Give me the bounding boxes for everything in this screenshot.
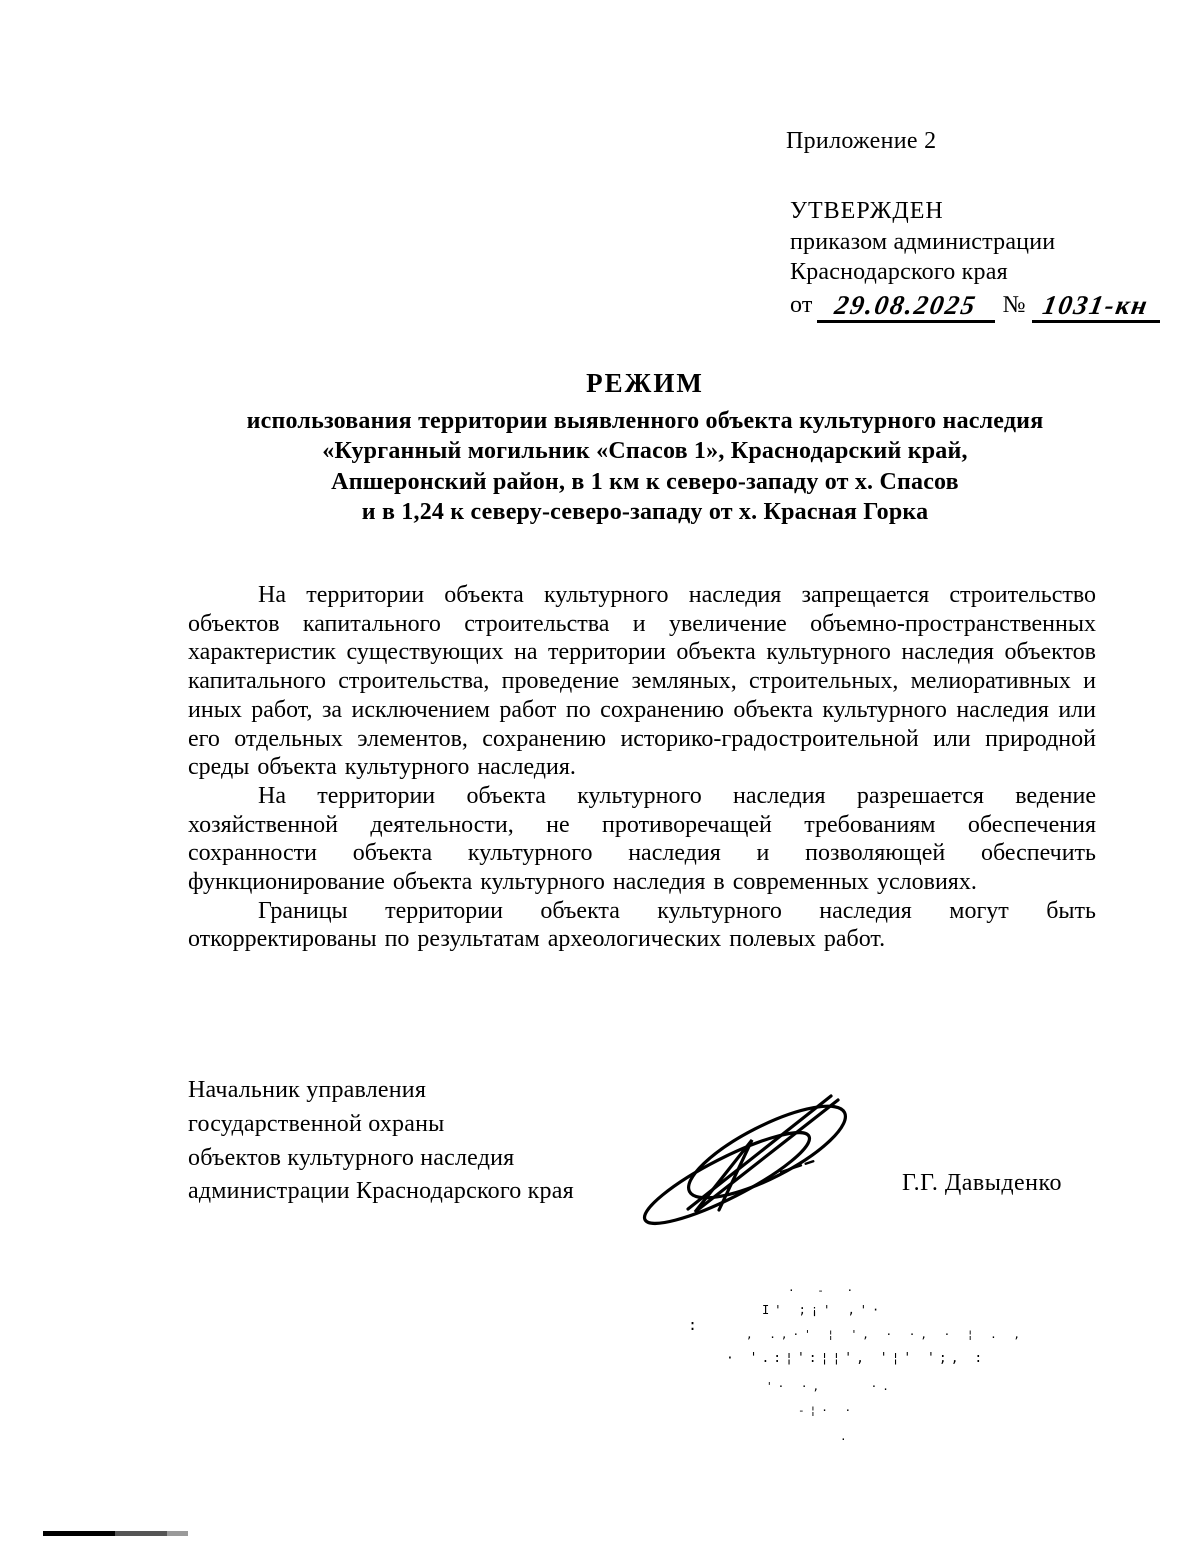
- stamp-remnant-row: -¦· ·: [798, 1404, 856, 1417]
- signatory-position-line4: администрации Краснодарского края: [188, 1175, 574, 1209]
- approval-by-line1: приказом администрации: [790, 227, 1160, 258]
- appendix-label: Приложение 2: [786, 128, 936, 155]
- paragraph-boundaries: Границы территории объекта культурного н…: [188, 897, 1096, 954]
- stamp-remnant-row: · - ·: [788, 1284, 861, 1297]
- order-date-underline: 29.08.2025: [817, 288, 995, 324]
- document-title-block: РЕЖИМ использования территории выявленно…: [145, 368, 1145, 527]
- document-title-line4: Апшеронский район, в 1 км к северо-запад…: [145, 467, 1145, 497]
- handwritten-order-date: 29.08.2025: [832, 290, 979, 321]
- approval-by-line2: Краснодарского края: [790, 257, 1160, 288]
- scanned-document-page: Приложение 2 УТВЕРЖДЕН приказом админист…: [0, 0, 1200, 1553]
- paragraph-permissions: На территории объекта культурного наслед…: [188, 782, 1096, 897]
- document-body: На территории объекта культурного наслед…: [188, 581, 1096, 954]
- order-number-underline: 1031-кн: [1032, 288, 1160, 324]
- order-from-label: от: [790, 292, 813, 318]
- document-title-line3: «Курганный могильник «Спасов 1», Краснод…: [145, 436, 1145, 466]
- stamp-remnant-side-mark: :: [688, 1316, 697, 1334]
- document-title-heading: РЕЖИМ: [145, 368, 1145, 399]
- number-sign: №: [1003, 292, 1026, 318]
- order-date-number-line: от29.08.2025№1031-кн: [790, 288, 1160, 324]
- stamp-remnant-row: I' ;¡' ,'·: [762, 1303, 884, 1317]
- scan-artifact-bar: [43, 1531, 188, 1536]
- approval-status: УТВЕРЖДЕН: [790, 196, 1160, 227]
- handwritten-order-number: 1031-кн: [1040, 290, 1151, 321]
- approval-block: УТВЕРЖДЕН приказом администрации Краснод…: [790, 196, 1160, 323]
- signatory-position-line1: Начальник управления: [188, 1074, 574, 1108]
- stamp-remnant-row: '· ·, ·.: [766, 1380, 894, 1393]
- signatory-position-block: Начальник управления государственной охр…: [188, 1074, 574, 1209]
- document-title-line5: и в 1,24 к северу-северо-западу от х. Кр…: [145, 497, 1145, 527]
- stamp-remnant-row: .: [840, 1430, 852, 1443]
- faded-stamp-remnant: · - · I' ;¡' ,'· , .,·' ¦ ', · ·, · ¦ . …: [660, 1282, 990, 1450]
- signatory-name: Г.Г. Давыденко: [902, 1170, 1062, 1197]
- stamp-remnant-row: , .,·' ¦ ', · ·, · ¦ . ,: [746, 1328, 1025, 1341]
- paragraph-prohibitions: На территории объекта культурного наслед…: [188, 581, 1096, 782]
- stamp-remnant-row: · '.:¦':¦¦', '¦' ';, :: [726, 1351, 986, 1366]
- handwritten-signature-icon: [635, 1090, 863, 1232]
- signatory-position-line2: государственной охраны: [188, 1108, 574, 1142]
- document-title-line2: использования территории выявленного объ…: [145, 406, 1145, 436]
- signatory-position-line3: объектов культурного наследия: [188, 1142, 574, 1176]
